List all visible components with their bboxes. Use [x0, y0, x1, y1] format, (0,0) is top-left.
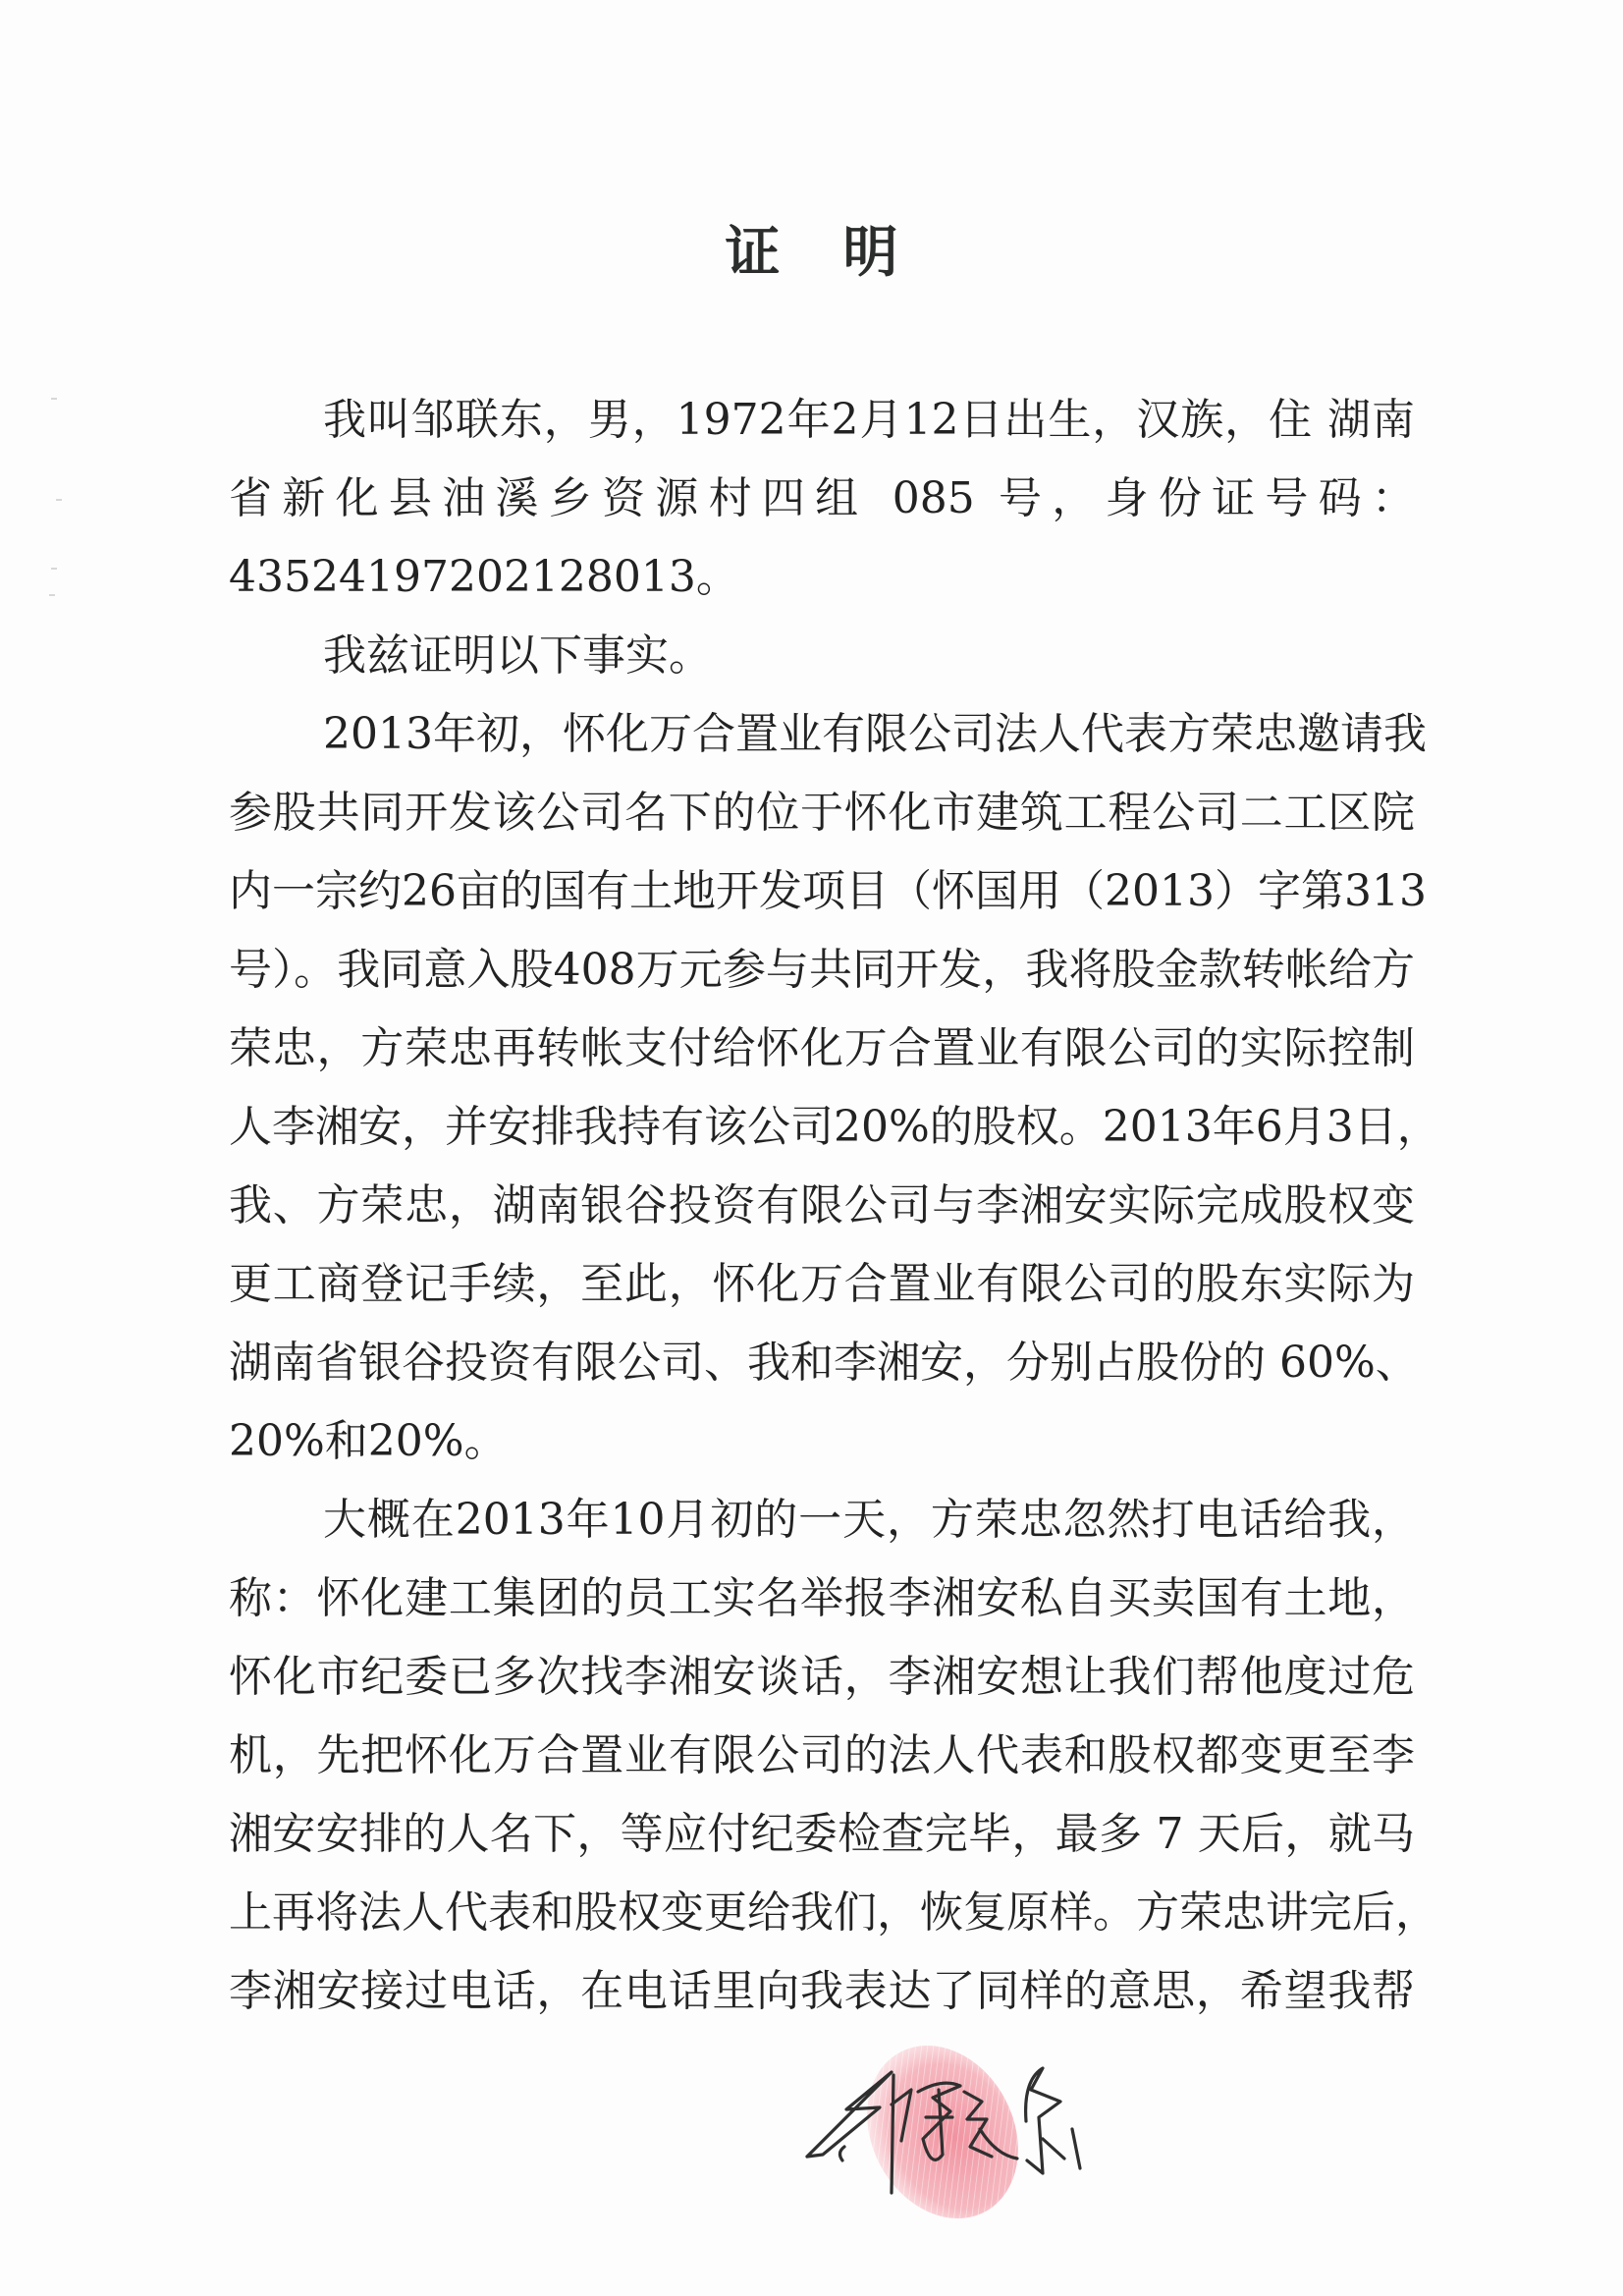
text-line: 湘安安排的人名下，等应付纪委检查完毕，最多 7 天后，就马 — [229, 1803, 1415, 1882]
text-line: 我兹证明以下事实。 — [229, 625, 1415, 703]
scan-mark — [51, 568, 57, 570]
text-line: 号）。我同意入股408万元参与共同开发，我将股金款转帐给方 — [229, 939, 1415, 1017]
text-line: 人李湘安，并安排我持有该公司20%的股权。2013年6月3日， — [229, 1096, 1415, 1175]
text-line: 怀化市纪委已多次找李湘安谈话，李湘安想让我们帮他度过危 — [229, 1646, 1415, 1724]
signature-icon — [785, 2031, 1119, 2227]
text-line: 2013年初，怀化万合置业有限公司法人代表方荣忠邀请我 — [229, 703, 1415, 782]
text-line: 更工商登记手续，至此，怀化万合置业有限公司的股东实际为 — [229, 1253, 1415, 1332]
text-line: 我叫邹联东，男，1972年2月12日出生，汉族，住 湖南 — [229, 389, 1415, 467]
document-page: 证明 我叫邹联东，男，1972年2月12日出生，汉族，住 湖南 省新化县油溪乡资… — [0, 0, 1623, 2296]
scan-mark — [49, 594, 55, 596]
page-title: 证明 — [0, 218, 1623, 287]
text-line: 43524197202128013。 — [229, 546, 1415, 625]
signature-block — [785, 2031, 1119, 2227]
document-body: 我叫邹联东，男，1972年2月12日出生，汉族，住 湖南 省新化县油溪乡资源村四… — [229, 389, 1415, 2039]
text-line: 我、方荣忠，湖南银谷投资有限公司与李湘安实际完成股权变 — [229, 1175, 1415, 1253]
text-line: 省新化县油溪乡资源村四组 085 号，身份证号码： — [229, 467, 1415, 546]
text-line: 荣忠，方荣忠再转帐支付给怀化万合置业有限公司的实际控制 — [229, 1017, 1415, 1096]
text-line: 参股共同开发该公司名下的位于怀化市建筑工程公司二工区院 — [229, 782, 1415, 860]
text-line: 大概在2013年10月初的一天，方荣忠忽然打电话给我， — [229, 1489, 1415, 1567]
text-line: 20%和20%。 — [229, 1410, 1415, 1489]
scan-mark — [51, 398, 57, 400]
text-line: 上再将法人代表和股权变更给我们，恢复原样。方荣忠讲完后， — [229, 1882, 1415, 1960]
text-line: 机，先把怀化万合置业有限公司的法人代表和股权都变更至李 — [229, 1724, 1415, 1803]
text-line: 李湘安接过电话，在电话里向我表达了同样的意思，希望我帮 — [229, 1960, 1415, 2039]
text-line: 内一宗约26亩的国有土地开发项目（怀国用（2013）字第313 — [229, 860, 1415, 939]
scan-mark — [56, 499, 62, 501]
text-line: 湖南省银谷投资有限公司、我和李湘安，分别占股份的 60%、 — [229, 1332, 1415, 1410]
text-line: 称：怀化建工集团的员工实名举报李湘安私自买卖国有土地， — [229, 1567, 1415, 1646]
